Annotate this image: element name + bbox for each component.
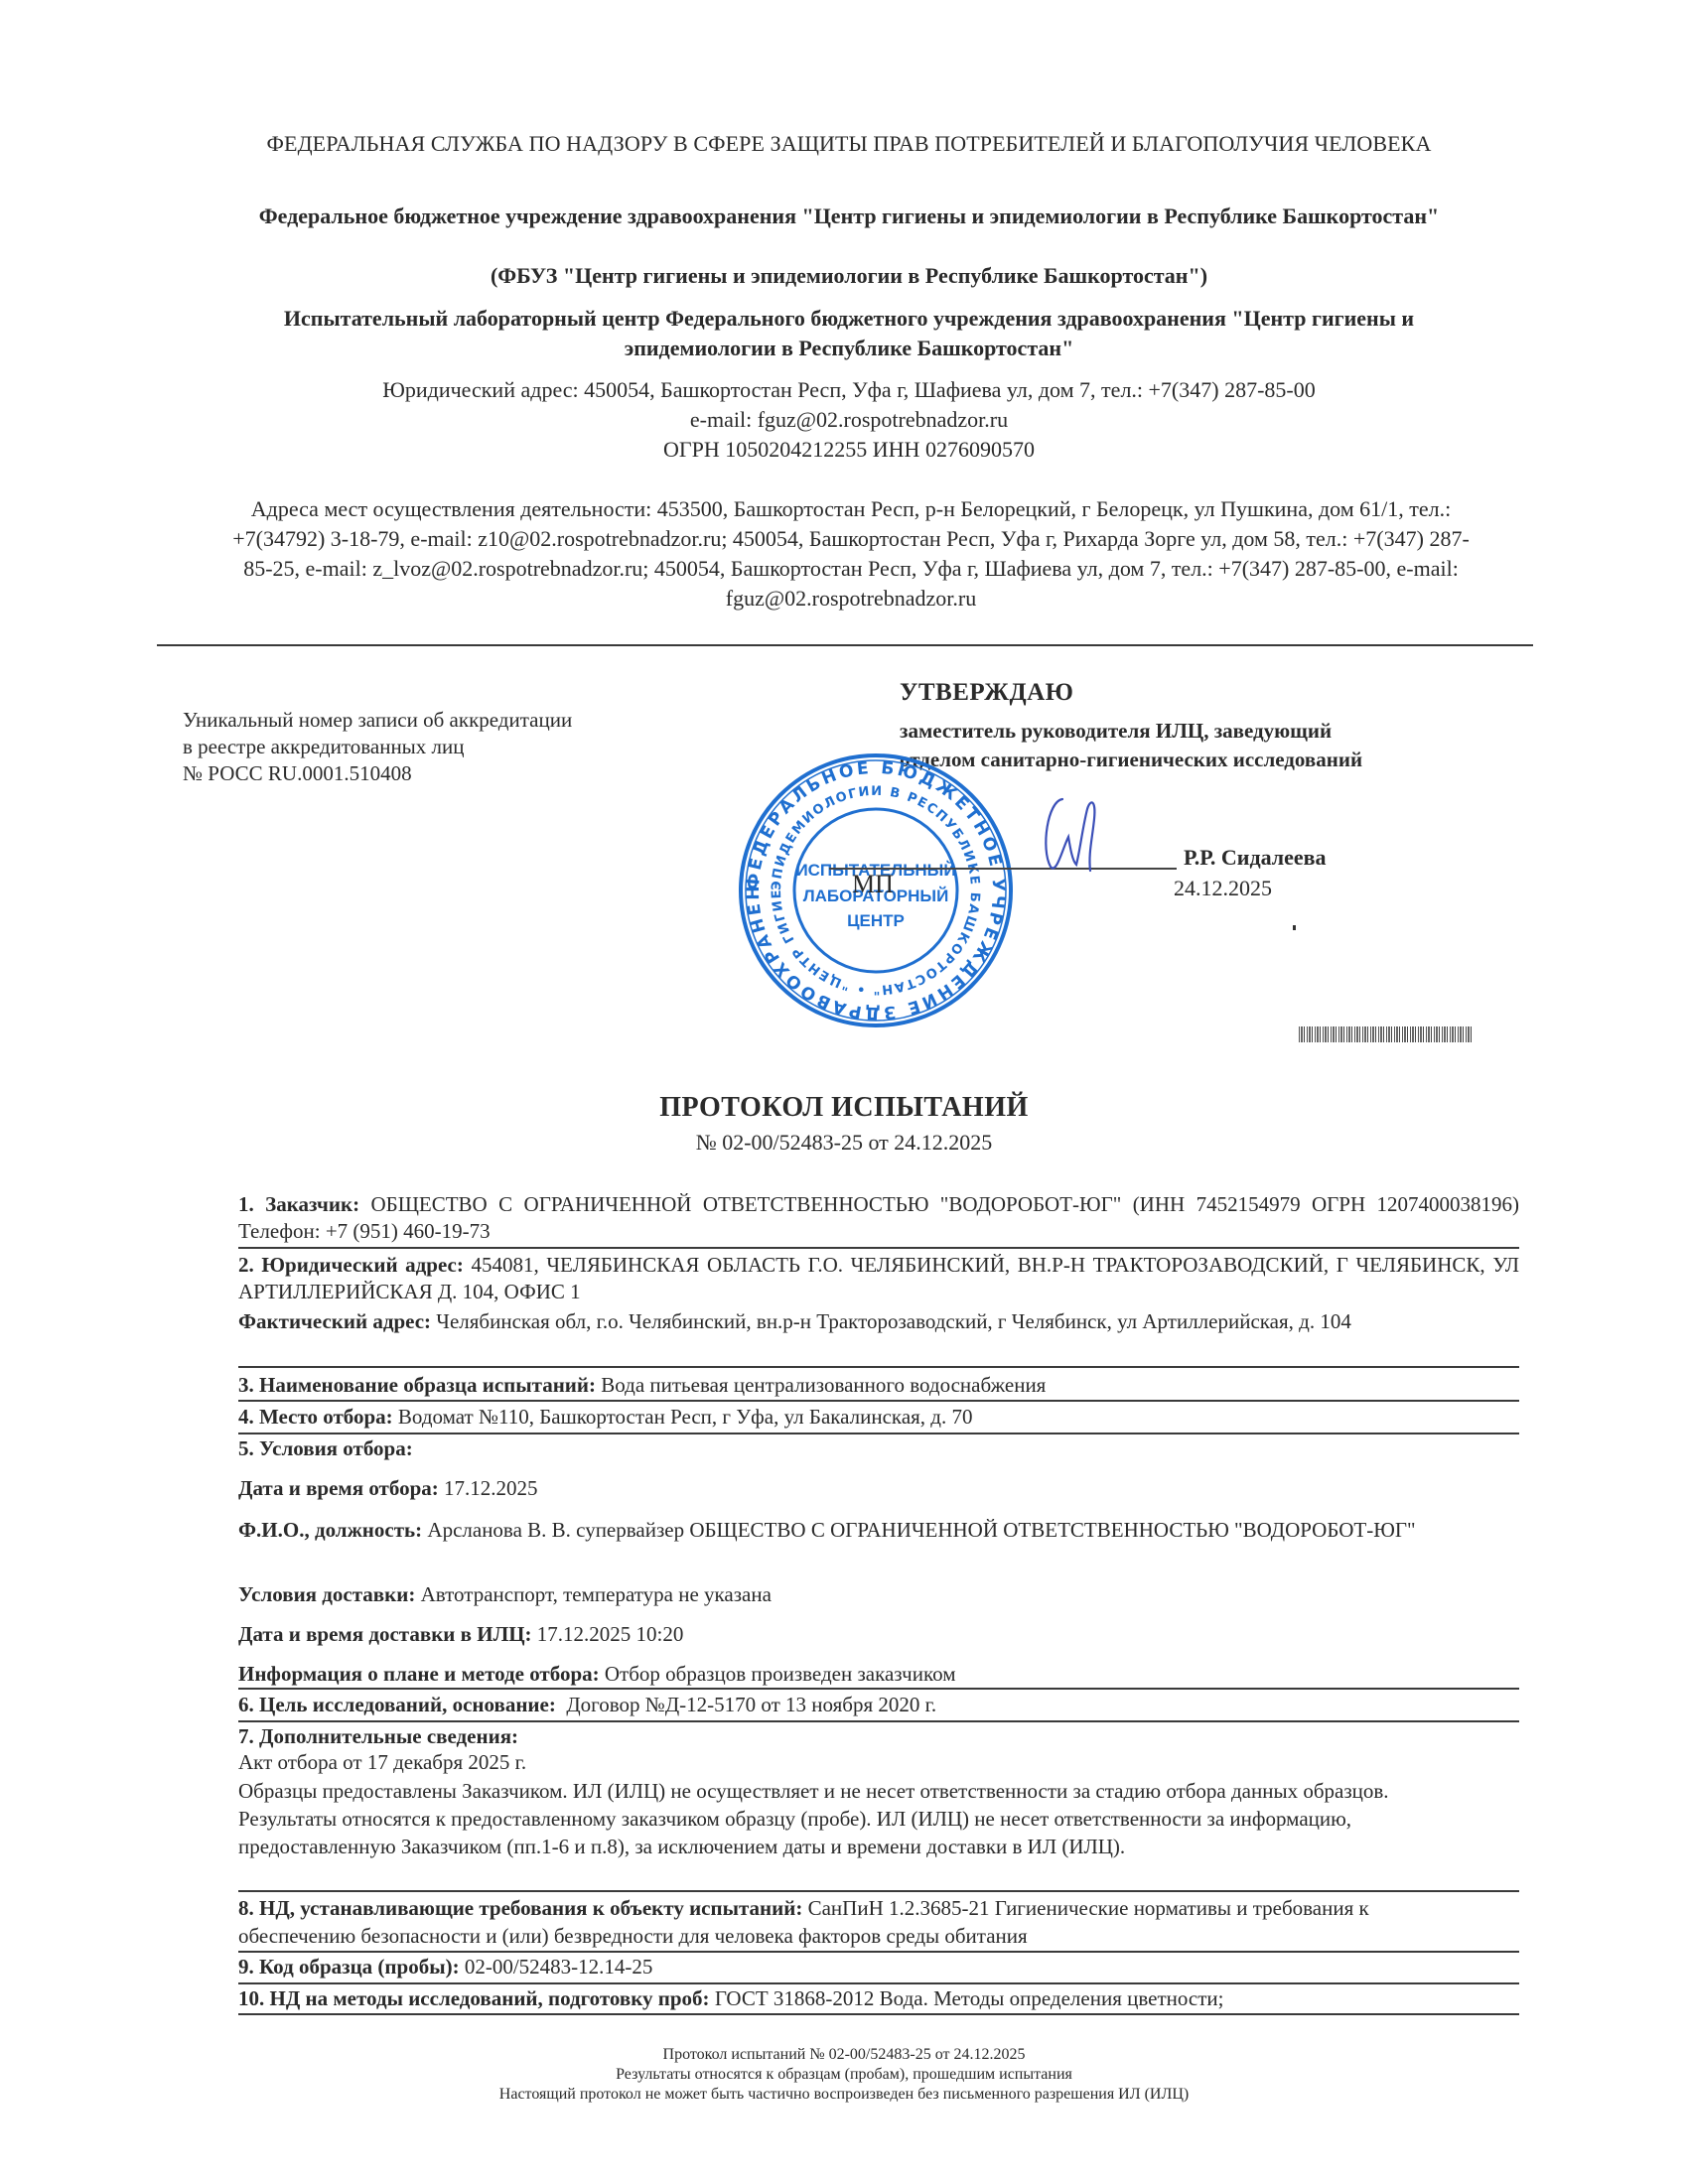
svg-text:ЦЕНТР: ЦЕНТР [847,911,905,930]
delivery-conditions-value: Автотранспорт, температура не указана [421,1582,772,1606]
accreditation-line-2: в реестре аккредитованных лиц [183,734,465,760]
section-requirements-nd: 8. НД, устанавливающие требования к объе… [238,1894,1489,1950]
section-sample-code: 9. Код образца (пробы): 02-00/52483-12.1… [238,1954,1519,1980]
divider [238,1247,1519,1249]
sample-name-label: 3. Наименование образца испытаний: [238,1373,596,1397]
sample-name-value: Вода питьевая централизованного водоснаб… [601,1373,1046,1397]
divider [238,1688,1519,1690]
sample-code-label: 9. Код образца (пробы): [238,1955,460,1979]
delivery-conditions-label: Условия доставки: [238,1582,415,1606]
seal-mark: МП [852,870,894,899]
signature-scribble-icon [1033,789,1132,879]
section-purpose: 6. Цель исследований, основание: Договор… [238,1692,1519,1718]
divider [238,1982,1519,1984]
divider [238,1890,1519,1892]
legal-address-label: 2. Юридический адрес: [238,1253,464,1277]
purpose-value: Договор №Д-12-5170 от 13 ноября 2020 г. [566,1693,936,1716]
approval-title: УТВЕРЖДАЮ [900,679,1073,707]
methods-nd-value: ГОСТ 31868-2012 Вода. Методы определения… [715,1986,1224,2010]
signer-name: Р.Р. Сидалеева [1184,845,1327,871]
accreditation-number: № РОСС RU.0001.510408 [183,760,412,787]
accreditation-line-1: Уникальный номер записи об аккредитации [183,707,572,734]
footer-results-note: Результаты относятся к образцам (пробам)… [397,2065,1291,2085]
divider [238,1433,1519,1434]
sampling-conditions-label: 5. Условия отбора: [238,1436,413,1460]
divider [238,1720,1519,1722]
email: e-mail: fguz@02.rospotrebnadzor.ru [209,405,1489,435]
actual-address-label: Фактический адрес: [238,1309,431,1333]
footer-reproduction-note: Настоящий протокол не может быть частичн… [298,2085,1390,2105]
ogrn-inn: ОГРН 1050204212255 ИНН 0276090570 [209,435,1489,465]
section-actual-address: Фактический адрес: Челябинская обл, г.о.… [238,1308,1519,1335]
section-methods-nd: 10. НД на методы исследований, подготовк… [238,1985,1519,2012]
section-sampling-place: 4. Место отбора: Водомат №110, Башкортос… [238,1404,1519,1431]
approver-role-line-1: заместитель руководителя ИЛЦ, заведующий [900,717,1332,746]
sampling-date-row: Дата и время отбора: 17.12.2025 [238,1475,1519,1502]
sampling-plan-row: Информация о плане и методе отбора: Отбо… [238,1661,1519,1688]
agency-name: ФЕДЕРАЛЬНАЯ СЛУЖБА ПО НАДЗОРУ В СФЕРЕ ЗА… [209,129,1489,159]
barcode [1299,1026,1474,1042]
disclaimer-text: Образцы предоставлены Заказчиком. ИЛ (ИЛ… [238,1777,1479,1860]
sampling-plan-label: Информация о плане и методе отбора: [238,1662,600,1686]
additional-info-label: 7. Дополнительные сведения: [238,1724,518,1748]
sampler-row: Ф.И.О., должность: Арсланова В. В. супер… [238,1517,1519,1544]
sampler-value: Арсланова В. В. супервайзер ОБЩЕСТВО С О… [427,1518,1415,1542]
divider [238,1400,1519,1402]
sampling-date-label: Дата и время отбора: [238,1476,439,1500]
divider [238,2013,1519,2015]
institution-full-name: Федеральное бюджетное учреждение здравоо… [228,202,1470,231]
sampling-date-value: 17.12.2025 [444,1476,538,1500]
footer-protocol-ref: Протокол испытаний № 02-00/52483-25 от 2… [397,2045,1291,2065]
purpose-label: 6. Цель исследований, основание: [238,1693,556,1716]
sampling-place-value: Водомат №110, Башкортостан Респ, г Уфа, … [398,1405,973,1429]
delivery-conditions-row: Условия доставки: Автотранспорт, темпера… [238,1581,1519,1608]
requirements-nd-label: 8. НД, устанавливающие требования к объе… [238,1896,802,1920]
actual-address-value: Челябинская обл, г.о. Челябинский, вн.р-… [436,1309,1351,1333]
section-customer: 1. Заказчик: ОБЩЕСТВО С ОГРАНИЧЕННОЙ ОТВ… [238,1191,1519,1245]
speck [1293,925,1296,930]
customer-value: ОБЩЕСТВО С ОГРАНИЧЕННОЙ ОТВЕТСТВЕННОСТЬЮ… [238,1192,1519,1243]
sampling-place-label: 4. Место отбора: [238,1405,393,1429]
delivery-date-label: Дата и время доставки в ИЛЦ: [238,1622,532,1646]
protocol-number: № 02-00/52483-25 от 24.12.2025 [556,1130,1132,1156]
sampler-label: Ф.И.О., должность: [238,1518,422,1542]
activity-addresses: Адреса мест осуществления деятельности: … [230,494,1472,614]
sampling-plan-value: Отбор образцов произведен заказчиком [605,1662,956,1686]
approval-date: 24.12.2025 [1174,876,1272,901]
divider [238,1366,1519,1368]
section-legal-address: 2. Юридический адрес: 454081, ЧЕЛЯБИНСКА… [238,1252,1519,1305]
delivery-date-value: 17.12.2025 10:20 [537,1622,684,1646]
customer-label: 1. Заказчик: [238,1192,359,1216]
sampling-act: Акт отбора от 17 декабря 2025 г. [238,1749,1519,1776]
legal-address: Юридический адрес: 450054, Башкортостан … [209,375,1489,405]
divider [238,1951,1519,1953]
institution-short-name: (ФБУЗ "Центр гигиены и эпидемиологии в Р… [228,261,1470,291]
methods-nd-label: 10. НД на методы исследований, подготовк… [238,1986,710,2010]
section-sampling-conditions: 5. Условия отбора: [238,1435,1519,1462]
protocol-title: ПРОТОКОЛ ИСПЫТАНИЙ [556,1092,1132,1124]
sample-code-value: 02-00/52483-12.14-25 [465,1955,653,1979]
section-sample-name: 3. Наименование образца испытаний: Вода … [238,1372,1519,1399]
lab-center-name: Испытательный лабораторный центр Федерал… [228,304,1470,363]
delivery-date-row: Дата и время доставки в ИЛЦ: 17.12.2025 … [238,1621,1519,1648]
section-additional-info: 7. Дополнительные сведения: [238,1723,1519,1750]
header-divider [157,644,1533,646]
